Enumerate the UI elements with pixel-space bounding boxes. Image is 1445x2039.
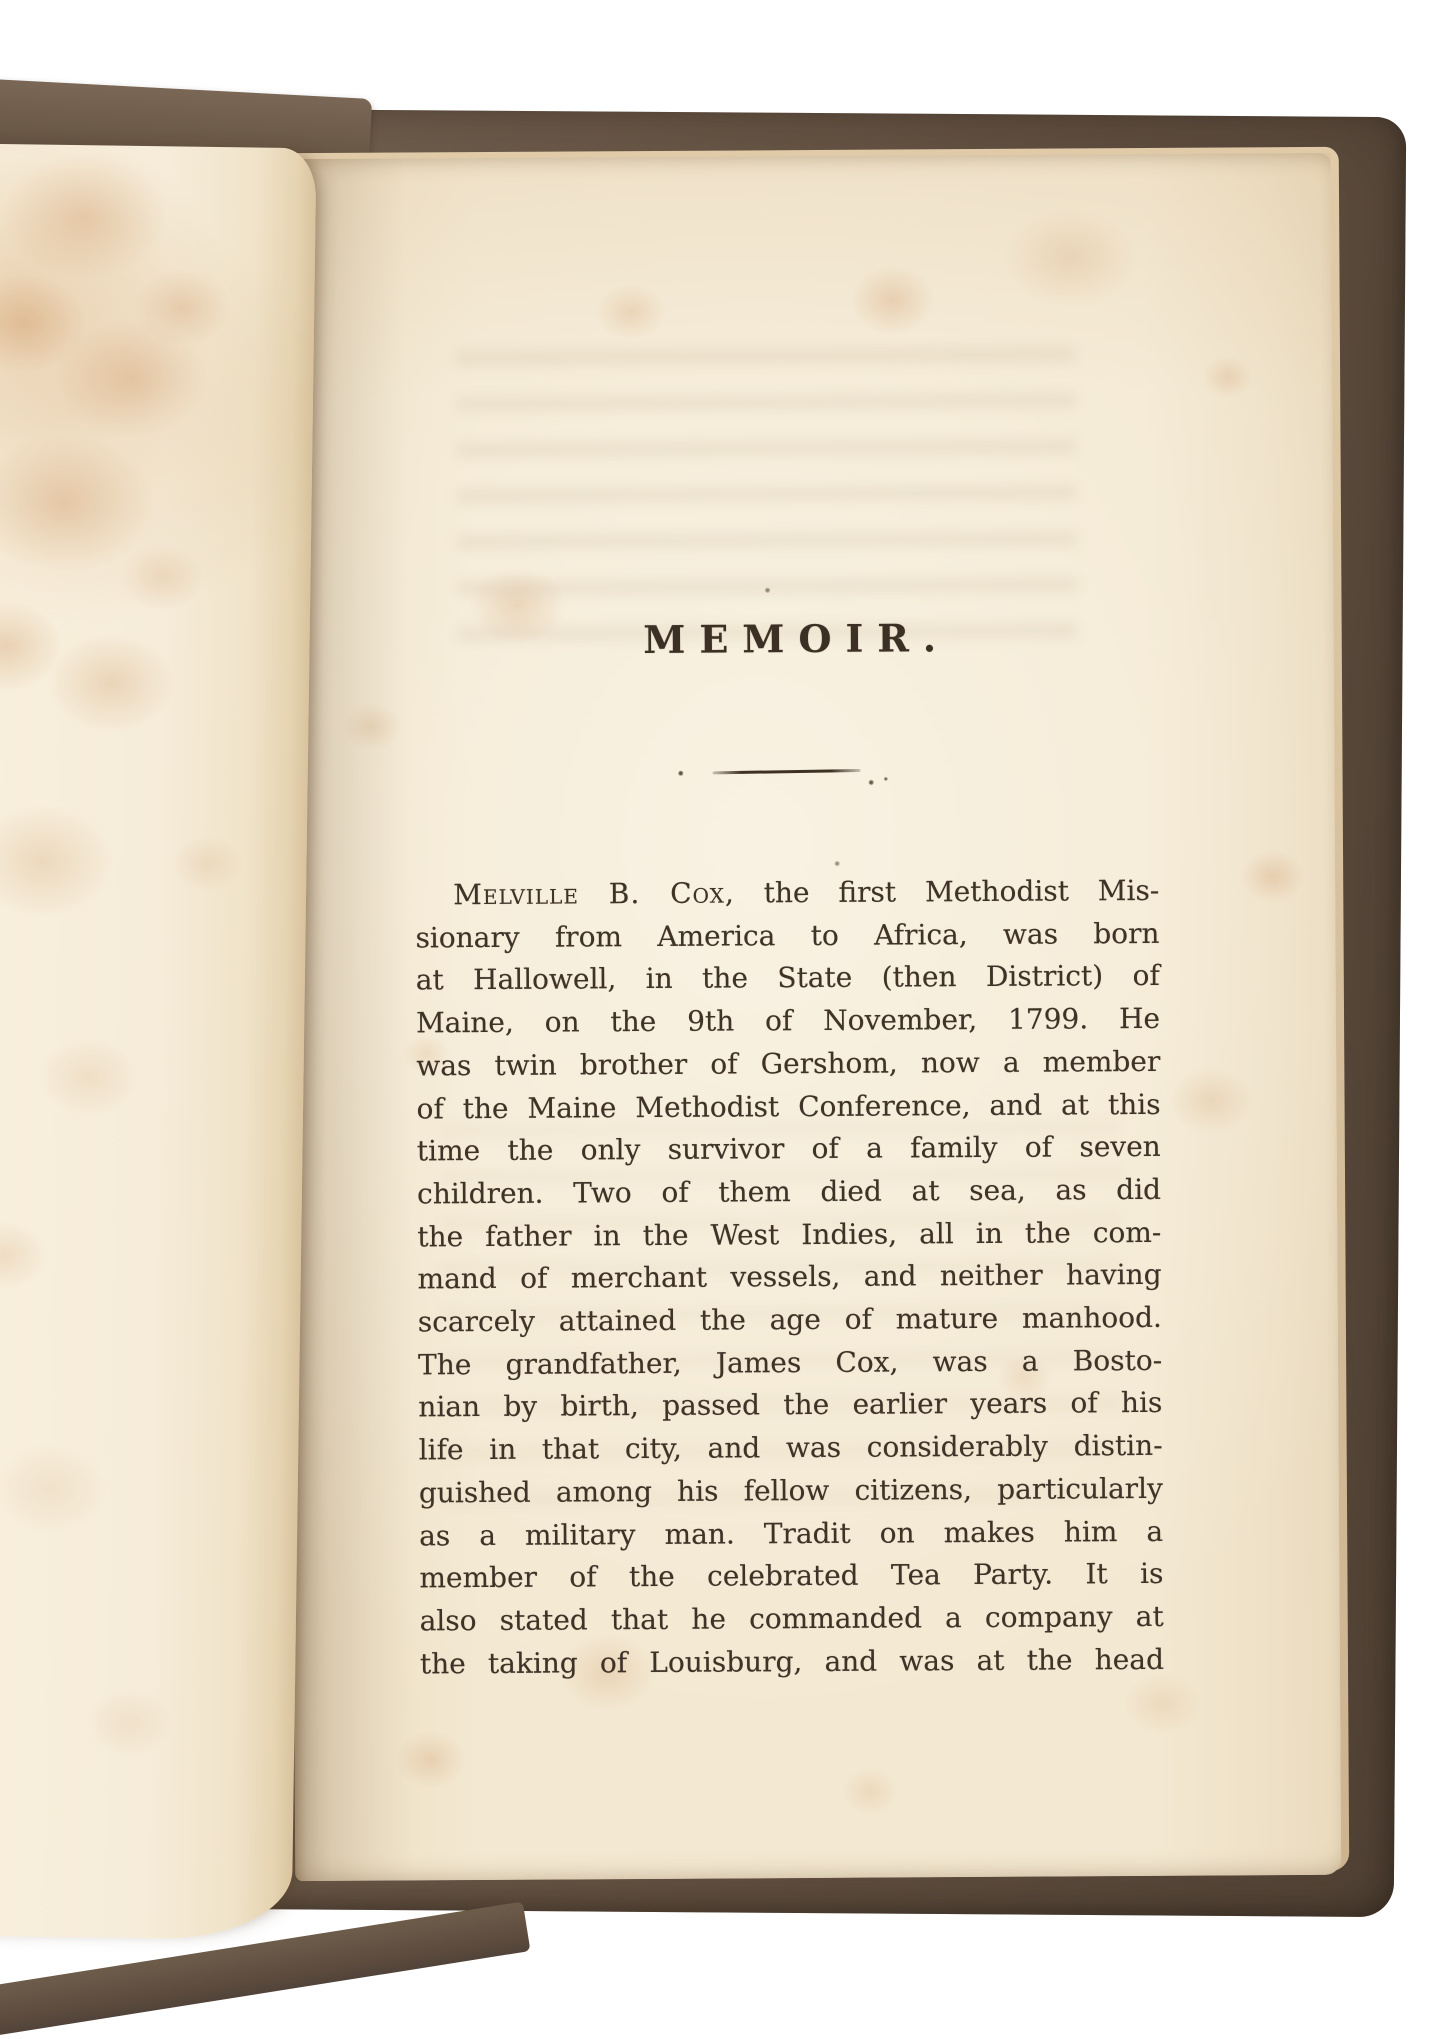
text-line: Maine, on the 9th of November, 1799. He	[416, 998, 1160, 1045]
paragraph-first-line-rest: the first Methodist Mis-	[764, 874, 1160, 909]
text-line: member of the celebrated Tea Party. It i…	[419, 1553, 1163, 1600]
right-page: MEMOIR. Melville B. Cox, the first Metho…	[285, 153, 1341, 1881]
text-line: of the Maine Methodist Conference, and a…	[416, 1083, 1160, 1130]
text-line: The grandfather, James Cox, was a Bosto-	[418, 1340, 1162, 1387]
page-title: MEMOIR.	[408, 614, 1172, 664]
text-line: scarcely attained the age of mature manh…	[418, 1297, 1162, 1344]
text-line: the father in the West Indies, all in th…	[417, 1212, 1161, 1259]
book-photo: MEMOIR. Melville B. Cox, the first Metho…	[0, 0, 1445, 2023]
text-line: was twin brother of Gershom, now a membe…	[416, 1041, 1160, 1088]
text-line: at Hallowell, in the State (then Distric…	[416, 955, 1160, 1002]
text-line: sionary from America to Africa, was born	[415, 913, 1159, 960]
text-line: life in that city, and was considerably …	[419, 1425, 1163, 1472]
text-line: mand of merchant vessels, and neither ha…	[417, 1254, 1161, 1301]
text-line: Melville B. Cox, the first Methodist Mis…	[415, 870, 1159, 917]
text-line: nian by birth, passed the earlier years …	[418, 1382, 1162, 1429]
text-line: children. Two of them died at sea, as di…	[417, 1169, 1161, 1216]
text-line: time the only survivor of a family of se…	[417, 1126, 1161, 1173]
section-divider-rule	[712, 769, 860, 774]
text-line: guished among his fellow citizens, parti…	[419, 1468, 1163, 1515]
text-line: as a military man. Tradit on makes him a	[419, 1510, 1163, 1557]
text-line: also stated that he commanded a company …	[420, 1596, 1164, 1643]
memoir-paragraph: Melville B. Cox, the first Methodist Mis…	[415, 870, 1164, 1686]
paragraph-lead-small-caps: Melville B. Cox,	[453, 876, 735, 911]
text-line: the taking of Louisburg, and was at the …	[420, 1639, 1164, 1686]
left-page	[0, 144, 316, 1940]
foxing-overlay-left	[0, 144, 316, 1940]
